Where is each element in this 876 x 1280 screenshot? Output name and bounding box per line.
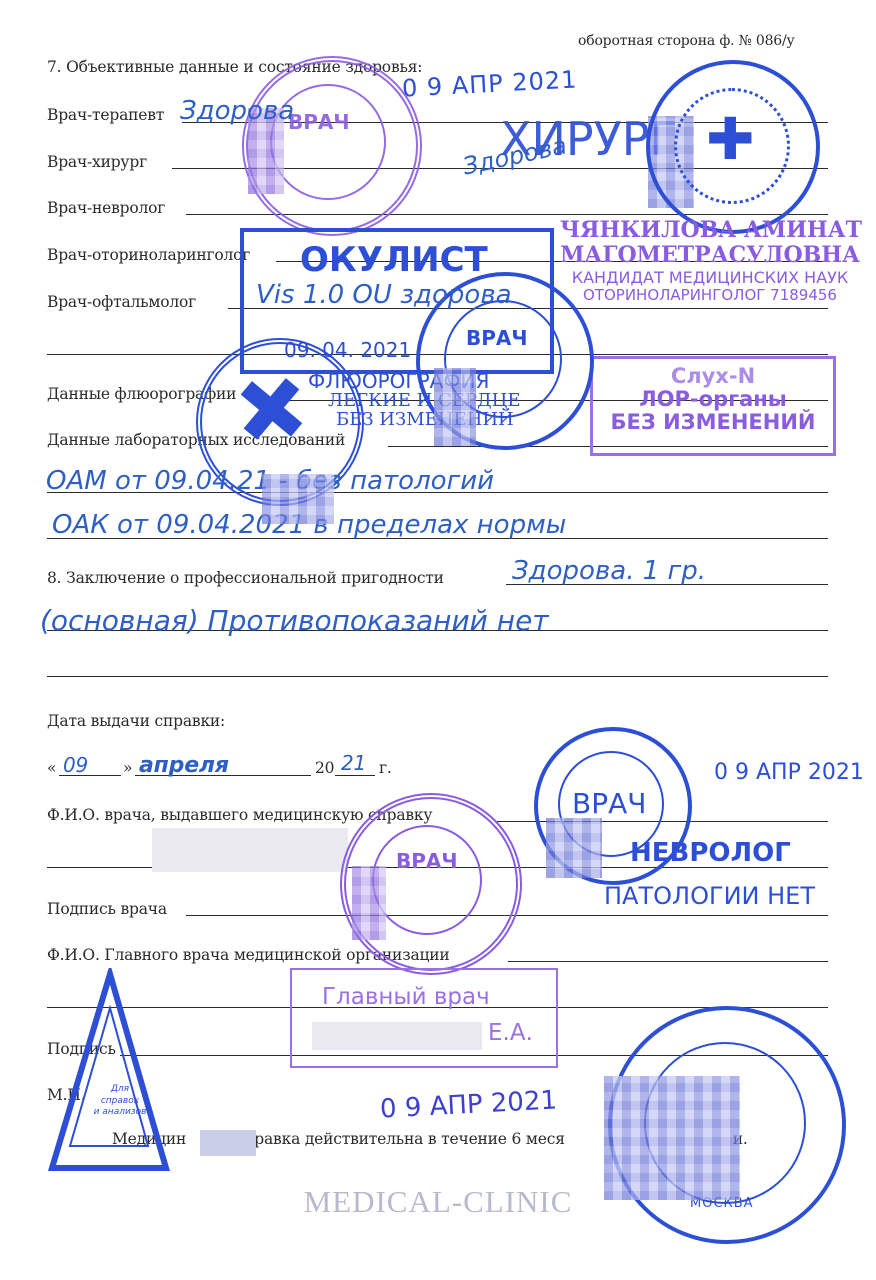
ent-box-line-1: Слух-N: [593, 365, 833, 388]
date-stamp-top: 0 9 АПР 2021: [401, 65, 578, 102]
ent-name-line-1: ЧЯНКИЛОВА АМИНАТ: [560, 218, 860, 243]
field-label-therapist: Врач-терапевт: [47, 106, 164, 124]
redacted-chief-name: [312, 1022, 482, 1050]
issue-date-row: « 09 » апреля 20 21 г.: [47, 759, 447, 783]
ophthalmologist-handwritten: Vis 1.0 OU здорова: [256, 280, 512, 310]
fluoro-line-1: ФЛЮОРОГРАФИЯ: [258, 371, 520, 392]
neuro-line-2: ПАТОЛОГИИ НЕТ: [604, 882, 815, 910]
close-quote: »: [123, 759, 132, 777]
field-label-ent: Врач-оториноларинголог: [47, 246, 250, 264]
chief-box-line-2: Е.А.: [488, 1020, 533, 1046]
ent-box-line-3: БЕЗ ИЗМЕНЕНИЙ: [593, 411, 833, 434]
redacted-doctor-name: [152, 828, 348, 872]
section8-handwritten-1: Здорова. 1 гр.: [512, 556, 706, 586]
year-line: [335, 775, 375, 776]
open-quote: «: [47, 759, 56, 777]
triangle-inner-line-3: и анализов: [88, 1107, 152, 1119]
doctor-stamp-center: ВРАЧ: [396, 849, 458, 873]
pixelated-redaction: [546, 818, 602, 878]
chief-box-line-1: Главный врач: [322, 984, 490, 1010]
pixelated-redaction: [352, 866, 386, 940]
date-stamp-bottom: 0 9 АПР 2021: [379, 1085, 557, 1124]
issue-date-label: Дата выдачи справки:: [47, 712, 225, 730]
month-handwritten: апреля: [139, 753, 229, 778]
fluoro-text-stamp: 09. 04. 2021 ФЛЮОРОГРАФИЯ ЛЕГКИЕ И СЕРДЦ…: [258, 340, 520, 430]
chief-box-stamp: Главный врач Е.А.: [290, 968, 558, 1068]
oculist-stamp-text: ОКУЛИСТ: [300, 240, 488, 280]
neuro-line-1: НЕВРОЛОГ: [630, 838, 791, 868]
pixelated-redaction: [434, 368, 476, 446]
doctor-signature-label: Подпись врача: [47, 900, 167, 918]
ent-name-line-4: ОТОРИНОЛАРИНГОЛОГ 7189456: [560, 287, 860, 304]
redacted-validity-1: [200, 1130, 256, 1156]
ent-name-stamp: ЧЯНКИЛОВА АМИНАТ МАГОМЕТРАСУЛОВНА КАНДИД…: [560, 218, 860, 304]
triangle-stamp: [48, 968, 172, 1178]
year-prefix: 20: [315, 759, 334, 777]
ent-box-line-2: ЛОР-органы: [593, 388, 833, 411]
date-stamp-numeric: 09. 04. 2021: [258, 340, 520, 361]
chief-name-line: [508, 961, 828, 962]
pixelated-redaction: [604, 1076, 740, 1200]
validity-middle: правка действительна в течение 6 меся: [244, 1130, 565, 1148]
form-side-label: оборотная сторона ф. № 086/у: [578, 33, 795, 49]
ent-box-stamp: Слух-N ЛОР-органы БЕЗ ИЗМЕНЕНИЙ: [590, 356, 836, 456]
field-label-surgeon: Врач-хирург: [47, 153, 147, 171]
triangle-inner-line-1: Для: [88, 1084, 152, 1096]
ent-name-line-3: КАНДИДАТ МЕДИЦИНСКИХ НАУК: [560, 269, 860, 287]
section8-line-3: [47, 676, 828, 677]
field-label-ophthalmologist: Врач-офтальмолог: [47, 293, 196, 311]
neuro-stamp-center: ВРАЧ: [572, 787, 646, 820]
day-handwritten: 09: [63, 753, 88, 777]
ent-name-line-2: МАГОМЕТРАСУЛОВНА: [560, 243, 860, 268]
triangle-stamp-inner: Для справок и анализов: [88, 1084, 152, 1119]
year-handwritten: 21: [341, 751, 366, 775]
triangle-inner-line-2: справок: [88, 1096, 152, 1108]
field-label-neurologist: Врач-невролог: [47, 199, 165, 217]
year-unit: г.: [379, 759, 392, 777]
therapist-handwritten: Здорова: [180, 96, 294, 126]
section8-handwritten-2: (основная) Противопоказаний нет: [40, 604, 549, 637]
medical-cross-icon: ✚: [706, 110, 755, 168]
section8-title: 8. Заключение о профессиональной пригодн…: [47, 569, 444, 587]
therapist-stamp-center: ВРАЧ: [288, 110, 350, 134]
date-stamp-neuro: 0 9 АПР 2021: [714, 760, 864, 785]
fluoro-line-3: БЕЗ ИЗМЕНЕНИЙ: [258, 411, 520, 430]
pixelated-redaction: [262, 474, 334, 524]
surgeon-round-stamp: ✚: [646, 60, 820, 234]
